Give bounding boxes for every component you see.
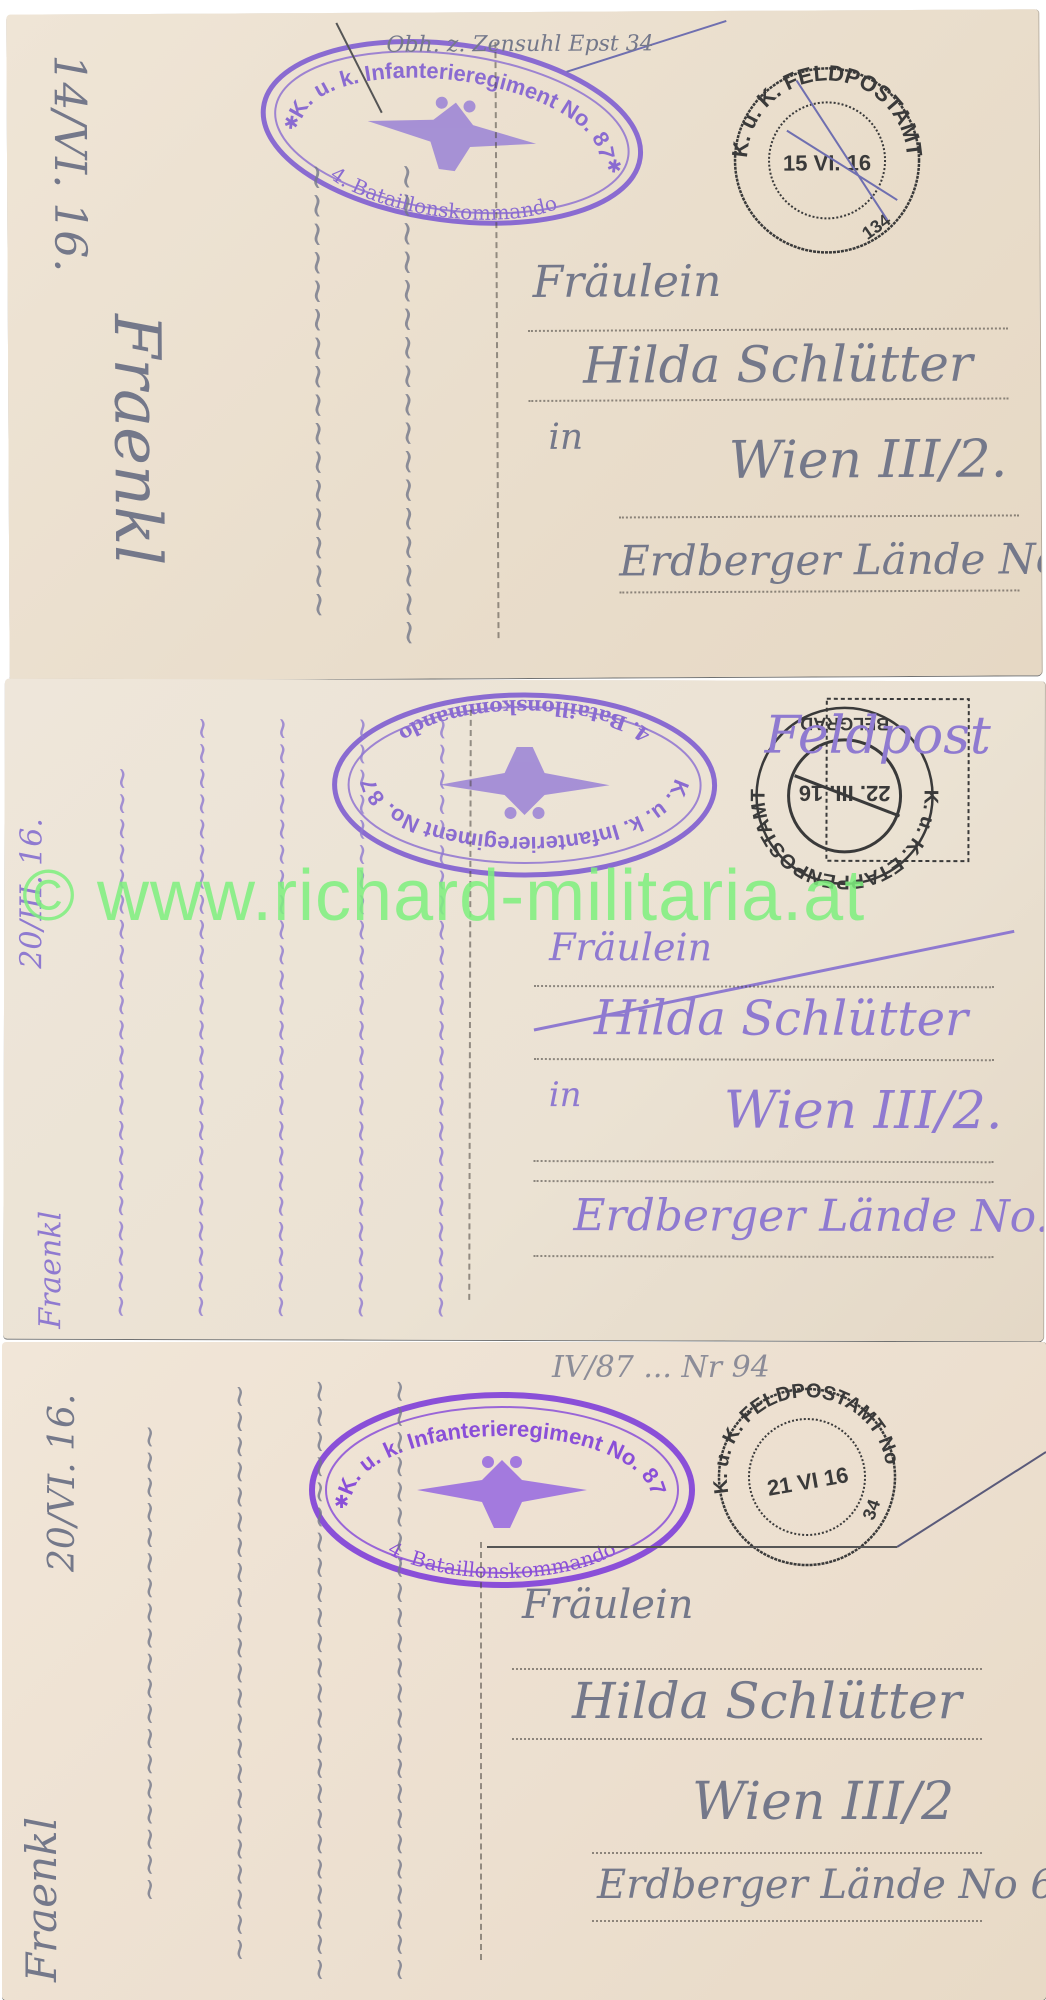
message-text: ~~~~~~~~~~~~~~~~~~~~~~ xyxy=(103,766,139,1319)
postmark-number: 134 xyxy=(858,210,894,244)
postmark-number: 34 xyxy=(859,1497,885,1523)
double-eagle-icon xyxy=(417,1456,587,1528)
address-city: Wien III/2. xyxy=(728,429,1007,490)
postcard-2: K. u. k. Infanterieregiment No. 87 4. Ba… xyxy=(3,679,1045,1342)
address-name: Hilda Schlütter xyxy=(583,335,973,395)
feldpost-postmark: K. u. K. FELDPOSTAMT 15 VI. 16 134 xyxy=(726,60,927,253)
stamp-box-note: Feldpost xyxy=(765,706,991,767)
address-street: Erdberger Lände No 6 xyxy=(619,534,1042,586)
stamp-bottom-text: 4. Bataillonskommando xyxy=(323,160,563,237)
signature: Fraenkl xyxy=(99,314,174,566)
message-text: ~~~~~~~~~~~~~~~~~~~~~~~~ xyxy=(263,716,300,1319)
postcard-1: K. u. k. Infanterieregiment No. 87 4. Ba… xyxy=(6,9,1041,680)
message-text: ~~~~~~~~~~~~~~~~~~~ xyxy=(132,1424,167,1902)
feldpost-postmark: K. u. K. FELDPOSTAMT No 21 VI 16 34 xyxy=(694,1364,918,1580)
message-text: ~~~~~~~~~~~~~~~~~ xyxy=(387,163,430,648)
postmark-ring-text: K. u. K. FELDPOSTAMT xyxy=(726,60,927,160)
postmark-date: 15 VI. 16 xyxy=(783,150,871,175)
address-prefix: in xyxy=(548,417,583,458)
address-salutation: Fräulein xyxy=(549,925,712,969)
handwritten-date: 14/VI. 16. xyxy=(43,54,95,272)
message-text: ~~~~~~~~~~~~~~~~~~~~~~~~ xyxy=(183,716,220,1319)
address-city: Wien III/2 xyxy=(692,1772,954,1832)
message-text: ~~~~~~~~~~~~~~~~ xyxy=(297,163,339,619)
svg-text:✱: ✱ xyxy=(282,112,300,135)
svg-text:K. u. K. FELDPOSTAMT: K. u. K. FELDPOSTAMT xyxy=(726,60,927,160)
address-name: Hilda Schlütter xyxy=(594,990,968,1047)
address-salutation: Fräulein xyxy=(522,1582,694,1628)
address-line xyxy=(592,1920,982,1922)
message-text: ~~~~~~~~~~~~~~~~~~~~~~~ xyxy=(222,1384,257,1962)
double-eagle-icon xyxy=(440,747,610,819)
address-line xyxy=(592,1852,982,1854)
card-divider xyxy=(480,1542,482,1960)
address-city: Wien III/2. xyxy=(724,1081,1003,1142)
message-text: ~~~~~~~~~~~~~~~~~~~~~~~~ xyxy=(382,1379,417,1982)
svg-text:4. Bataillonskommando: 4. Bataillonskommando xyxy=(323,160,563,237)
message-text: ~~~~~~~~~~~~~~~~~~~~~~~~ xyxy=(423,716,460,1319)
regiment-stamp: K. u. k. Infanterieregiment No. 87 4. Ba… xyxy=(334,694,714,875)
svg-text:✱: ✱ xyxy=(605,156,623,179)
handwritten-date: 20/VI. 16. xyxy=(42,1394,83,1572)
signature: Fraenkl xyxy=(17,1817,66,1982)
postcard-3: K. u. k. Infanterieregiment No. 87 4. Ba… xyxy=(2,1342,1046,2000)
handwritten-date: 20/III. 16. xyxy=(14,818,49,969)
message-text: ~~~~~~~~~~~~~~~~~~~~~~~~ xyxy=(343,716,380,1319)
address-street: Erdberger Lände No. 6. xyxy=(573,1190,1044,1242)
address-prefix: in xyxy=(549,1075,582,1115)
postmark-date: 21 VI 16 xyxy=(765,1462,850,1501)
censor-note: IV/87 ... Nr 94 xyxy=(552,1350,770,1385)
censor-note: Obh. z. Zensuhl Epst 34 xyxy=(386,31,653,57)
message-text: ~~~~~~~~~~~~~~~~~~~~~~~~ xyxy=(302,1379,337,1982)
regiment-stamp: K. u. k. Infanterieregiment No. 87 4. Ba… xyxy=(312,1395,692,1585)
address-street: Erdberger Lände No 6 xyxy=(597,1862,1046,1908)
signature: Fraenkl xyxy=(33,1211,68,1329)
address-name: Hilda Schlütter xyxy=(572,1672,962,1730)
address-salutation: Fräulein xyxy=(533,256,722,308)
address-line xyxy=(512,1668,982,1670)
address-line xyxy=(512,1738,982,1740)
